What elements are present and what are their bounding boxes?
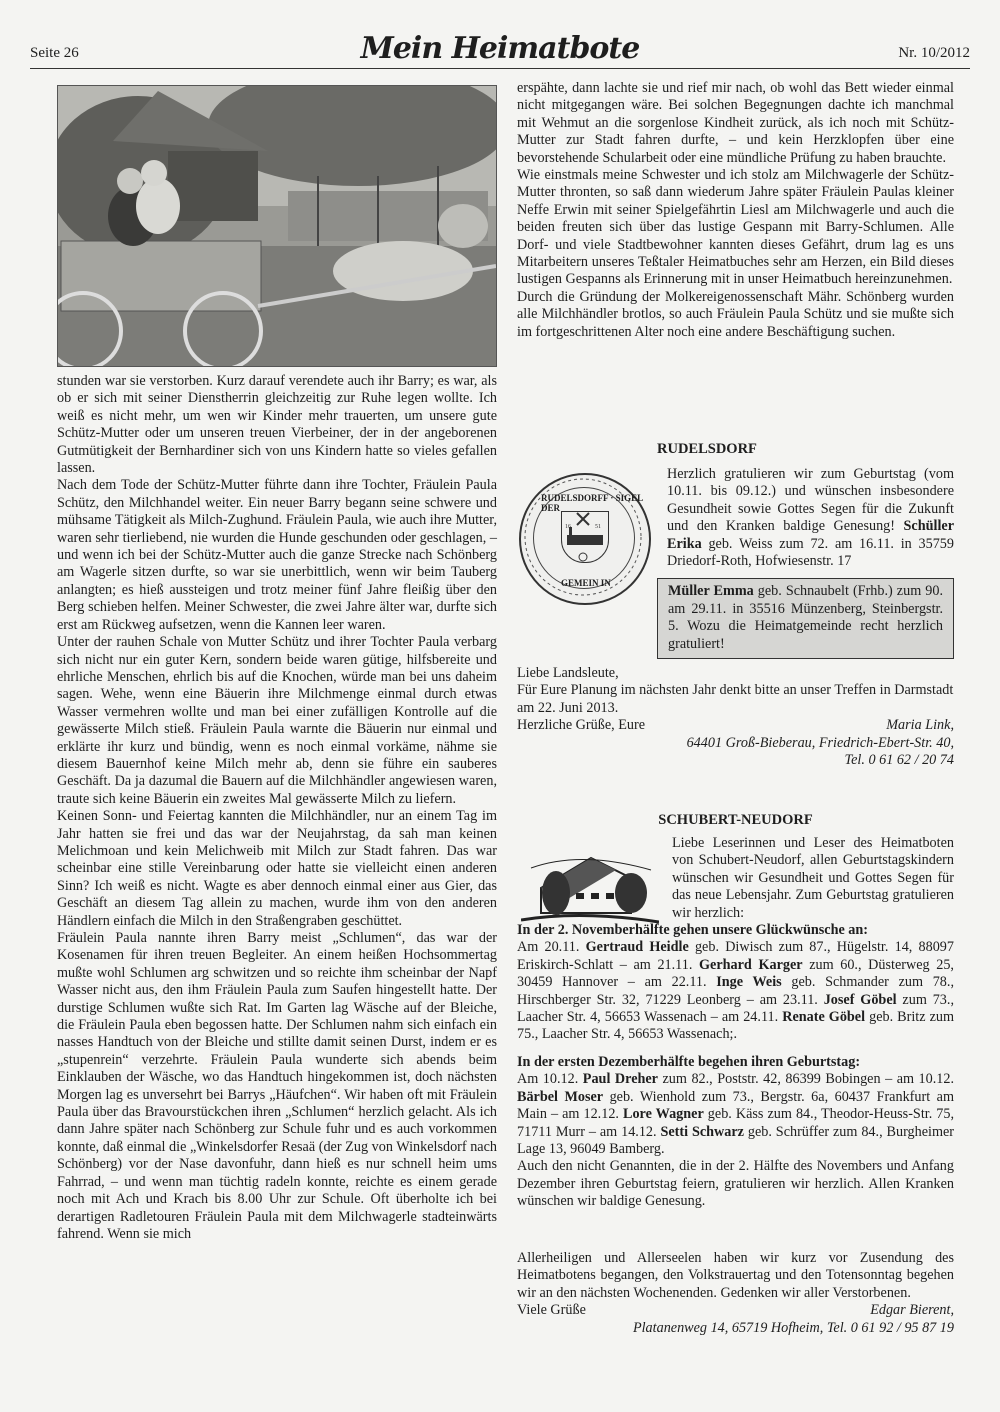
birthday-name: Lore Wagner xyxy=(623,1106,704,1122)
december-heading: In der ersten Dezemberhälfte begehen ihr… xyxy=(517,1054,954,1071)
schubert-greeting: Liebe Leserinnen und Leser des Heimatbot… xyxy=(672,835,954,922)
memorial-text: Allerheiligen und Allerseelen haben wir … xyxy=(517,1250,954,1302)
svg-text:16: 16 xyxy=(565,524,571,530)
seal-text-bottom: GEMEIN IN xyxy=(561,578,611,588)
birthday-name: Paul Dreher xyxy=(583,1071,658,1087)
birthday-name: Renate Göbel xyxy=(782,1009,865,1025)
closing-signature: Edgar Bierent, xyxy=(870,1302,954,1319)
section-title-rudelsdorf: RUDELSDORF xyxy=(657,441,954,458)
article-paragraph: Wie einstmals meine Schwester und ich st… xyxy=(517,167,954,289)
december-birthdays: In der ersten Dezemberhälfte begehen ihr… xyxy=(517,1054,954,1211)
issue-number: Nr. 10/2012 xyxy=(898,45,970,62)
birthday-name: Müller Emma xyxy=(668,583,754,599)
article-paragraph: Durch die Gründung der Molkereigenossens… xyxy=(517,289,954,341)
november-birthdays: In der 2. Novemberhälfte gehen unsere Gl… xyxy=(517,922,954,1044)
closing-address: Platanenweg 14, 65719 Hofheim, Tel. 0 61… xyxy=(517,1320,954,1337)
article-left-column: stunden war sie verstorben. Kurz darauf … xyxy=(57,373,497,1243)
house-sketch-icon xyxy=(521,848,659,928)
memorial-closing: Allerheiligen und Allerseelen haben wir … xyxy=(517,1250,954,1337)
rudelsdorf-greeting: Herzlich gratulieren wir zum Geburtstag … xyxy=(667,466,954,570)
page-number: Seite 26 xyxy=(30,45,79,62)
photo-illustration-icon xyxy=(58,86,496,366)
article-paragraph: Nach dem Tode der Schütz-Mutter führte d… xyxy=(57,477,497,634)
letter-address: 64401 Groß-Bieberau, Friedrich-Ebert-Str… xyxy=(517,735,954,752)
page-header: Seite 26 Mein Heimatbote Nr. 10/2012 xyxy=(30,16,970,69)
birthday-name: Josef Göbel xyxy=(824,992,897,1008)
birthday-name: Gertraud Heidle xyxy=(586,939,689,955)
masthead-title: Mein Heimatbote xyxy=(361,31,640,66)
rudelsdorf-seal-icon: 16 51 RUDELSDORFF · SIGEL DER GEMEIN IN xyxy=(519,473,651,605)
article-paragraph: erspähte, dann lachte sie und rief mir n… xyxy=(517,80,954,167)
letter-greeting: Liebe Landsleute, xyxy=(517,665,954,682)
article-paragraph: Unter der rauhen Schale von Mutter Schüt… xyxy=(57,634,497,808)
birthday-name: Setti Schwarz xyxy=(660,1124,744,1140)
highlight-box-birthday: Müller Emma geb. Schnaubelt (Frhb.) zum … xyxy=(657,578,954,659)
letter-signature: Maria Link, xyxy=(886,717,954,734)
article-right-column: erspähte, dann lachte sie und rief mir n… xyxy=(517,80,954,341)
schubert-neudorf-section: SCHUBERT-NEUDORF Liebe Leserinnen und Le… xyxy=(517,812,954,1211)
rudelsdorf-section: RUDELSDORF 16 51 RUDELSDORFF · SIGEL DER… xyxy=(517,441,954,659)
letter-body: Für Eure Planung im nächsten Jahr denkt … xyxy=(517,682,954,717)
birthday-name: Inge Weis xyxy=(716,974,781,990)
historic-photo-dog-cart xyxy=(57,85,497,367)
letter-phone: Tel. 0 61 62 / 20 74 xyxy=(517,752,954,769)
article-paragraph: Fräulein Paula nannte ihren Barry meist … xyxy=(57,930,497,1243)
article-paragraph: stunden war sie verstorben. Kurz darauf … xyxy=(57,373,497,477)
birthday-name: Gerhard Karger xyxy=(699,957,803,973)
landsleute-letter: Liebe Landsleute, Für Eure Planung im nä… xyxy=(517,665,954,769)
section-title-schubert: SCHUBERT-NEUDORF xyxy=(517,812,954,829)
svg-text:51: 51 xyxy=(595,524,601,530)
birthday-name: Bärbel Moser xyxy=(517,1089,603,1105)
also-congratulations: Auch den nicht Genannten, die in der 2. … xyxy=(517,1158,954,1210)
seal-text-top: RUDELSDORFF · SIGEL DER xyxy=(541,493,649,513)
letter-closing: Herzliche Grüße, Eure xyxy=(517,717,645,734)
closing-greeting: Viele Grüße xyxy=(517,1302,586,1319)
article-paragraph: Keinen Sonn- und Feiertag kannten die Mi… xyxy=(57,808,497,930)
